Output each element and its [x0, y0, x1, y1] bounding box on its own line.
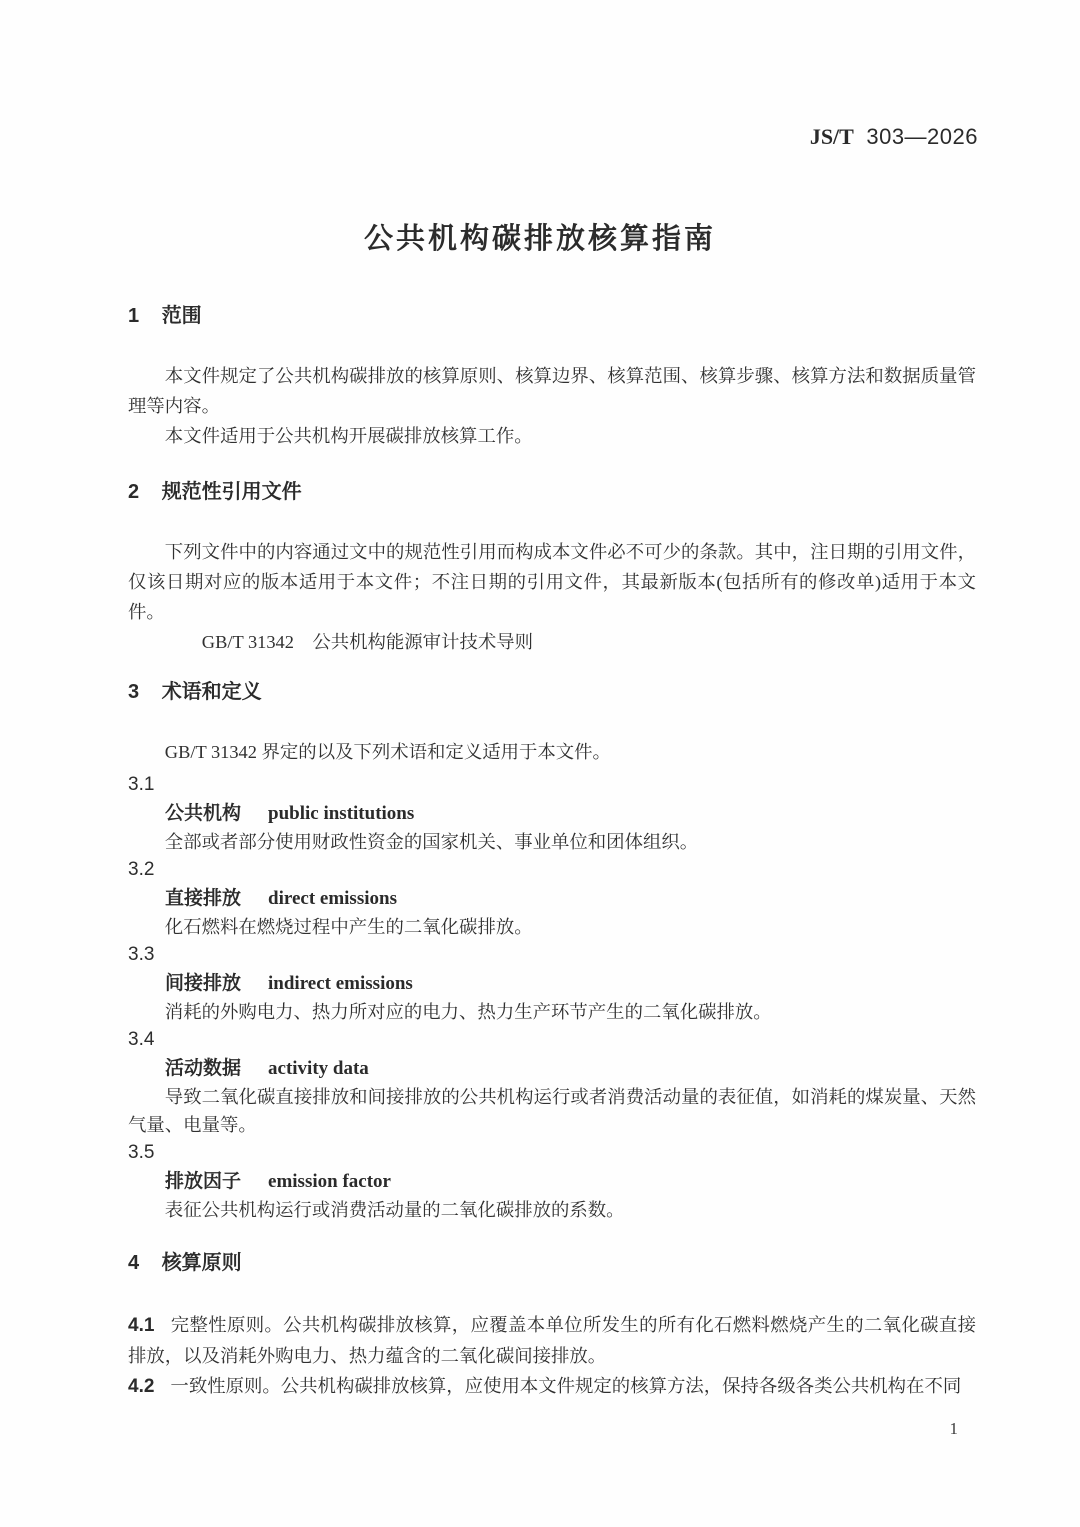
term-3-5-definition: 表征公共机构运行或消费活动量的二氧化碳排放的系数。 [128, 1196, 976, 1224]
terms-list: 3.1 公共机构public institutions 全部或者部分使用财政性资… [128, 771, 976, 1224]
term-3-3-number: 3.3 [128, 941, 976, 969]
section-1-number: 1 [128, 305, 139, 327]
clause-4-1-text: 完整性原则。公共机构碳排放核算，应覆盖本单位所发生的所有化石燃料燃烧产生的二氧化… [128, 1315, 976, 1366]
scope-paragraph-1: 本文件规定了公共机构碳排放的核算原则、核算边界、核算范围、核算步骤、核算方法和数… [128, 361, 976, 421]
term-3-1-name-en: public institutions [268, 803, 414, 824]
term-3-3-definition: 消耗的外购电力、热力所对应的电力、热力生产环节产生的二氧化碳排放。 [128, 998, 976, 1026]
standard-code: JS/T 303—2026 [810, 124, 978, 150]
document-title: 公共机构碳排放核算指南 [0, 216, 1080, 257]
term-3-1-number: 3.1 [128, 771, 976, 799]
term-3-3-name-en: indirect emissions [268, 973, 413, 994]
section-1-title: 范围 [162, 305, 202, 327]
section-4-title: 核算原则 [162, 1252, 242, 1274]
term-3-5-name-zh: 排放因子 [165, 1171, 241, 1192]
section-2-heading: 2 规范性引用文件 [128, 481, 976, 503]
section-3-number: 3 [128, 681, 139, 703]
term-3-5-name-en: emission factor [268, 1171, 391, 1192]
normative-references-paragraph: 下列文件中的内容通过文中的规范性引用而构成本文件必不可少的条款。其中，注日期的引… [128, 537, 976, 627]
term-3-1-name: 公共机构public institutions [165, 799, 976, 828]
term-3-4-definition: 导致二氧化碳直接排放和间接排放的公共机构运行或者消费活动量的表征值，如消耗的煤炭… [128, 1083, 976, 1139]
term-3-4-number: 3.4 [128, 1026, 976, 1054]
section-4-heading: 4 核算原则 [128, 1252, 976, 1274]
document-body: 1 范围 本文件规定了公共机构碳排放的核算原则、核算边界、核算范围、核算步骤、核… [128, 305, 976, 1402]
term-3-2-name-zh: 直接排放 [165, 888, 241, 909]
term-3-5: 3.5 排放因子emission factor 表征公共机构运行或消费活动量的二… [128, 1139, 976, 1224]
term-3-3-name: 间接排放indirect emissions [165, 969, 976, 998]
term-3-1: 3.1 公共机构public institutions 全部或者部分使用财政性资… [128, 771, 976, 856]
term-3-5-number: 3.5 [128, 1139, 976, 1167]
clause-4-2-number: 4.2 [128, 1376, 154, 1397]
term-3-2-name-en: direct emissions [268, 888, 397, 909]
term-3-3-name-zh: 间接排放 [165, 973, 241, 994]
clause-4-1-number: 4.1 [128, 1315, 154, 1336]
term-3-4-name-en: activity data [268, 1058, 369, 1079]
term-3-2-number: 3.2 [128, 856, 976, 884]
term-3-5-name: 排放因子emission factor [165, 1167, 976, 1196]
term-3-4: 3.4 活动数据activity data 导致二氧化碳直接排放和间接排放的公共… [128, 1026, 976, 1139]
clause-4-2-text: 一致性原则。公共机构碳排放核算，应使用本文件规定的核算方法，保持各级各类公共机构… [170, 1376, 961, 1396]
document-page: JS/T 303—2026 公共机构碳排放核算指南 1 范围 本文件规定了公共机… [0, 0, 1080, 1527]
clause-4-1: 4.1完整性原则。公共机构碳排放核算，应覆盖本单位所发生的所有化石燃料燃烧产生的… [128, 1310, 976, 1371]
term-3-1-name-zh: 公共机构 [165, 803, 241, 824]
term-3-4-name-zh: 活动数据 [165, 1058, 241, 1079]
scope-paragraph-2: 本文件适用于公共机构开展碳排放核算工作。 [128, 421, 976, 451]
standard-code-prefix: JS/T [810, 124, 854, 149]
section-2-title: 规范性引用文件 [162, 481, 302, 503]
term-3-1-definition: 全部或者部分使用财政性资金的国家机关、事业单位和团体组织。 [128, 828, 976, 856]
page-number: 1 [950, 1419, 959, 1439]
term-3-2-definition: 化石燃料在燃烧过程中产生的二氧化碳排放。 [128, 913, 976, 941]
terms-intro-paragraph: GB/T 31342 界定的以及下列术语和定义适用于本文件。 [128, 737, 976, 767]
section-1-heading: 1 范围 [128, 305, 976, 327]
section-4-number: 4 [128, 1252, 139, 1274]
normative-reference-entry: GB/T 31342 公共机构能源审计技术导则 [165, 627, 976, 657]
term-3-4-name: 活动数据activity data [165, 1054, 976, 1083]
clause-4-2: 4.2一致性原则。公共机构碳排放核算，应使用本文件规定的核算方法，保持各级各类公… [128, 1371, 976, 1402]
section-3-heading: 3 术语和定义 [128, 681, 976, 703]
standard-code-number: 303—2026 [866, 124, 978, 149]
term-3-3: 3.3 间接排放indirect emissions 消耗的外购电力、热力所对应… [128, 941, 976, 1026]
section-3-title: 术语和定义 [162, 681, 262, 703]
term-3-2-name: 直接排放direct emissions [165, 884, 976, 913]
term-3-2: 3.2 直接排放direct emissions 化石燃料在燃烧过程中产生的二氧… [128, 856, 976, 941]
section-2-number: 2 [128, 481, 139, 503]
